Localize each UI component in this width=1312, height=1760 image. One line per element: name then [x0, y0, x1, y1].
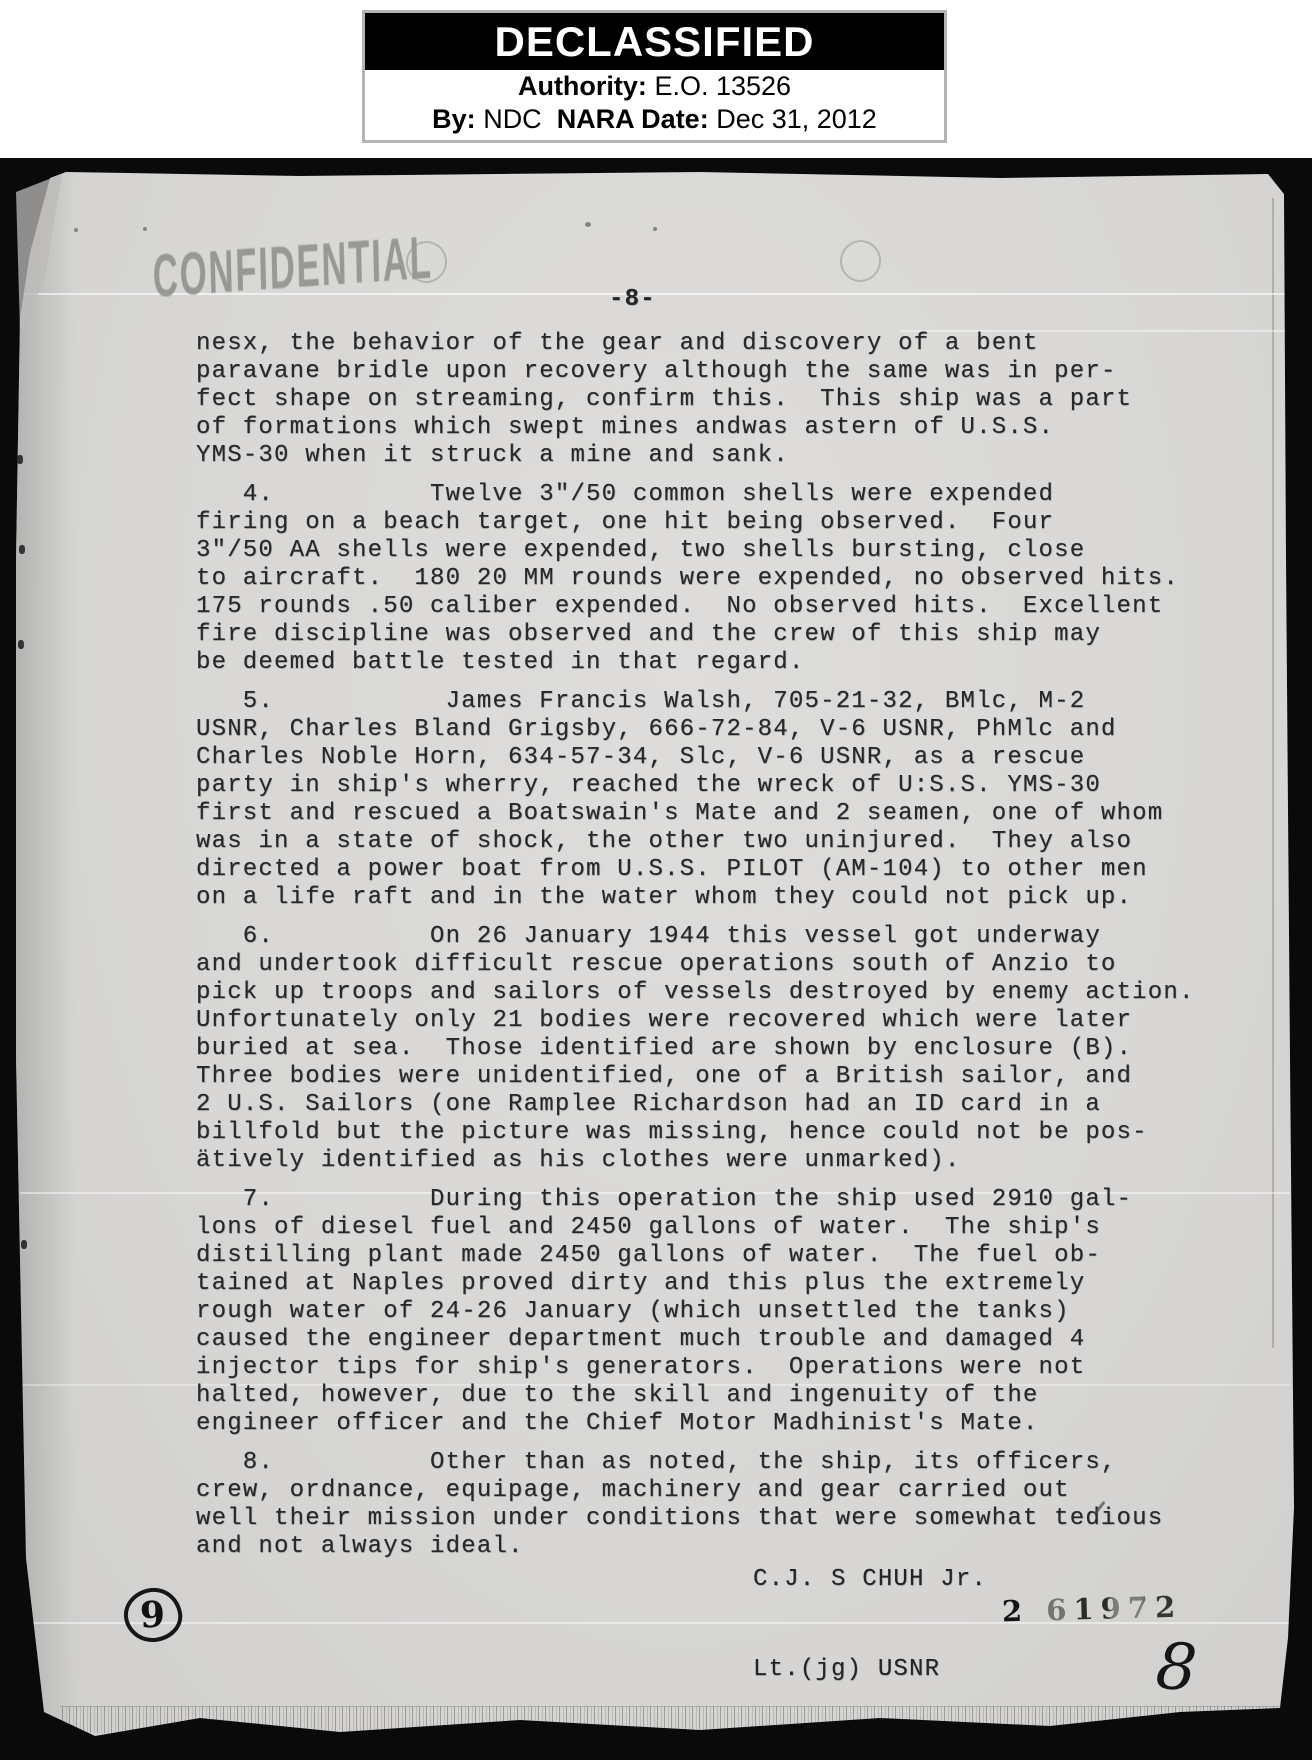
paper-torn-bottom-edge	[60, 1706, 1282, 1733]
scan-speck	[585, 222, 591, 227]
by-label: By:	[432, 104, 476, 135]
scan-speck	[74, 228, 78, 232]
edge-mark	[21, 1240, 27, 1249]
declassified-banner: DECLASSIFIED Authority: E.O. 13526 By: N…	[362, 10, 947, 143]
paper-left-edge-shading	[16, 158, 76, 1760]
by-value: NDC	[476, 104, 557, 135]
signature-block: C.J. S CHUH Jr. Lt.(jg) USNR	[753, 1505, 987, 1745]
paragraph-continuation: nesx, the behavior of the gear and disco…	[196, 330, 1256, 470]
authority-label: Authority:	[518, 71, 647, 102]
paragraph-5: 5. James Francis Walsh, 705-21-32, BMlc,…	[196, 688, 1256, 912]
by-date-line: By: NDC NARA Date: Dec 31, 2012	[365, 103, 944, 136]
edge-mark	[18, 640, 24, 649]
handwritten-page-number: 8	[1154, 1635, 1199, 1702]
authority-value: E.O. 13526	[647, 71, 791, 102]
authority-line: Authority: E.O. 13526	[365, 70, 944, 103]
paragraph-4: 4. Twelve 3"/50 common shells were expen…	[196, 481, 1256, 677]
circled-number-value: 9	[140, 1597, 166, 1634]
document-body: nesx, the behavior of the gear and disco…	[196, 330, 1256, 1572]
paragraph-6: 6. On 26 January 1944 this vessel got un…	[196, 923, 1256, 1175]
nara-date-value: Dec 31, 2012	[709, 104, 877, 135]
paper-right-fold-line	[1272, 198, 1274, 1348]
nara-date-label: NARA Date:	[557, 104, 709, 135]
serial-number-stamp: 2 61972	[1002, 1590, 1183, 1629]
declassified-title-bar: DECLASSIFIED	[365, 13, 944, 70]
scanned-page: CONFIDENTIAL -8- nesx, the behavior of t…	[0, 158, 1312, 1760]
scan-speck	[143, 227, 147, 231]
scan-speck	[653, 227, 657, 231]
declassified-title: DECLASSIFIED	[494, 18, 814, 66]
signature-name: C.J. S CHUH Jr.	[753, 1565, 987, 1595]
page-number: -8-	[609, 286, 656, 313]
paragraph-7: 7. During this operation the ship used 2…	[196, 1186, 1256, 1438]
header-band: DECLASSIFIED Authority: E.O. 13526 By: N…	[0, 0, 1312, 158]
edge-mark	[19, 545, 25, 554]
edge-mark	[17, 455, 23, 464]
paragraph-8: 8. Other than as noted, the ship, its of…	[196, 1449, 1256, 1561]
signature-rank: Lt.(jg) USNR	[753, 1655, 987, 1685]
